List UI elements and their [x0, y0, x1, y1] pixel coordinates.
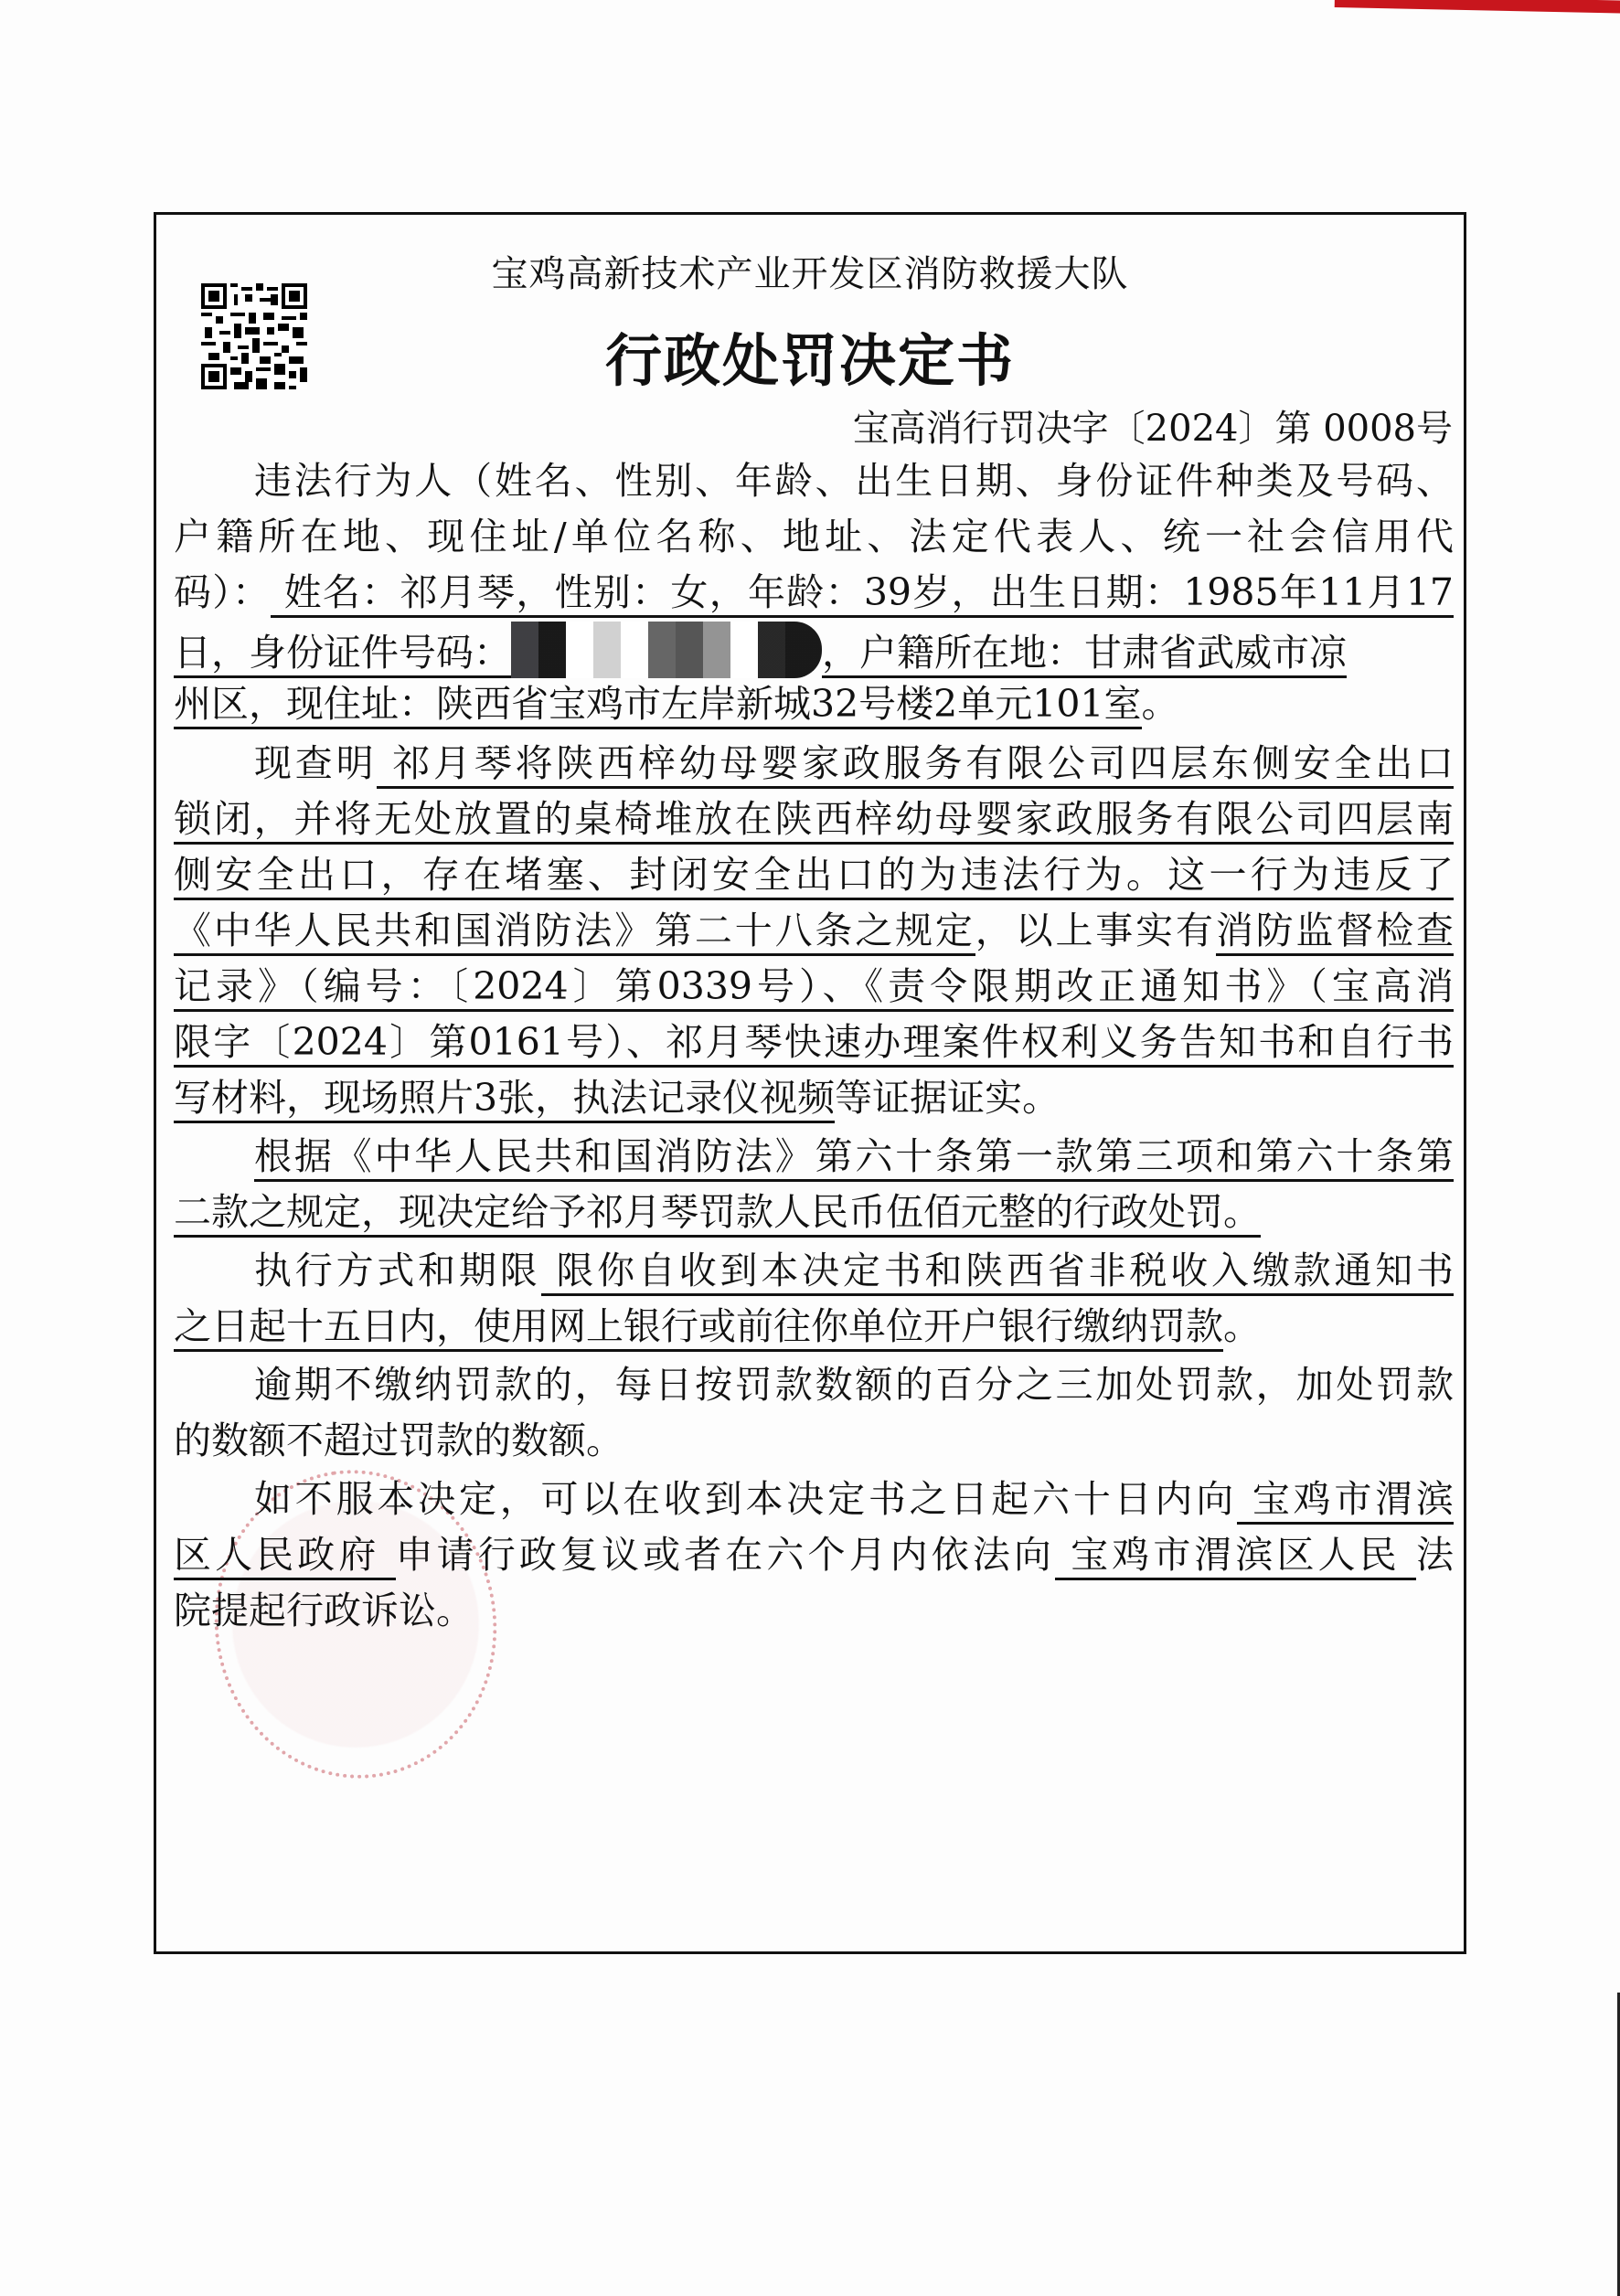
red-edge-strip [1335, 0, 1620, 14]
body-line: 州区，现住址：陕西省宝鸡市左岸新城32号楼2单元101室。 [174, 677, 1454, 733]
line-text: 院提起行政诉讼。 [174, 1589, 474, 1632]
payment-terms-underlined: 之日起十五日内，使用网上银行或前往你单位开户银行缴纳罚款 [174, 1304, 1223, 1352]
address-underlined: 州区，现住址：陕西省宝鸡市左岸新城32号楼2单元101室 [174, 682, 1142, 729]
review-authority-underlined: 宝鸡市渭滨 [1237, 1477, 1454, 1525]
line-text: 户籍所在地、现住址/单位名称、地址、法定代表人、统一社会信用代 [174, 515, 1454, 558]
body-line: 执行方式和期限 限你自收到本决定书和陕西省非税收入缴款通知书 [174, 1244, 1454, 1300]
line-text: 法 [1416, 1533, 1454, 1577]
document-number: 宝高消行罚决字〔2024〕第 0008号 [853, 399, 1453, 452]
facts-underlined: 侧安全出口，存在堵塞、封闭安全出口的为违法行为。这一行为违反了 [174, 853, 1454, 900]
line-text: ，以上事实有 [975, 909, 1216, 952]
evidence-underlined: 消防监督检查 [1216, 909, 1454, 956]
offender-info-underlined: 姓名：祁月琴，性别：女，年龄：39岁，出生日期：1985年11月17 [271, 570, 1454, 618]
body-line: 逾期不缴纳罚款的，每日按罚款数额的百分之三加处罚款，加处罚款 [174, 1358, 1454, 1414]
body-line: 日，身份证件号码：，户籍所在地：甘肃省武威市凉 [174, 622, 1454, 677]
body-line: 如不服本决定，可以在收到本决定书之日起六十日内向 宝鸡市渭滨 [174, 1472, 1454, 1528]
line-text: 的数额不超过罚款的数额。 [174, 1419, 623, 1462]
line-text: 现查明 [254, 741, 377, 785]
line-text: 申请行政复议或者在六个月内依法向 [396, 1533, 1055, 1577]
document-title: 行政处罚决定书 [0, 315, 1620, 397]
body-line: 码）： 姓名：祁月琴，性别：女，年龄：39岁，出生日期：1985年11月17 [174, 566, 1454, 622]
id-label-underlined: 日，身份证件号码： [174, 631, 511, 678]
evidence-underlined: 限字〔2024〕第0161号）、祁月琴快速办理案件权利义务告知书和自行书 [174, 1020, 1454, 1068]
issuing-organization: 宝鸡高新技术产业开发区消防救援大队 [0, 245, 1620, 297]
body-line: 现查明 祁月琴将陕西梓幼母婴家政服务有限公司四层东侧安全出口 [174, 737, 1454, 792]
facts-underlined: 祁月琴将陕西梓幼母婴家政服务有限公司四层东侧安全出口 [377, 741, 1454, 789]
body-line: 根据《中华人民共和国消防法》第六十条第一款第三项和第六十条第 [174, 1130, 1454, 1185]
evidence-underlined: 记录》（编号：〔2024〕第0339号）、《责令限期改正通知书》（宝高消 [174, 964, 1454, 1012]
body-line: 写材料，现场照片3张，执法记录仪视频等证据证实。 [174, 1071, 1454, 1127]
household-registration-underlined: ，户籍所在地：甘肃省武威市凉 [822, 631, 1347, 678]
line-text: 等证据证实。 [835, 1076, 1060, 1120]
line-text: 执行方式和期限 [254, 1249, 541, 1292]
payment-terms-underlined: 限你自收到本决定书和陕西省非税收入缴款通知书 [541, 1249, 1454, 1296]
penalty-decision-underlined: 二款之规定，现决定给予祁月琴罚款人民币伍佰元整的行政处罚。 [174, 1190, 1261, 1238]
body-line: 侧安全出口，存在堵塞、封闭安全出口的为违法行为。这一行为违反了 [174, 848, 1454, 904]
body-line: 户籍所在地、现住址/单位名称、地址、法定代表人、统一社会信用代 [174, 510, 1454, 566]
body-line: 区人民政府 申请行政复议或者在六个月内依法向 宝鸡市渭滨区人民 法 [174, 1528, 1454, 1584]
line-text: 。 [1223, 1304, 1261, 1348]
body-line: 违法行为人（姓名、性别、年龄、出生日期、身份证件种类及号码、 [174, 454, 1454, 510]
line-text: 码）： [174, 570, 271, 614]
redacted-id-number [511, 622, 822, 678]
body-line: 的数额不超过罚款的数额。 [174, 1414, 1454, 1470]
body-line: 记录》（编号：〔2024〕第0339号）、《责令限期改正通知书》（宝高消 [174, 960, 1454, 1015]
body-line: 锁闭，并将无处放置的桌椅堆放在陕西梓幼母婴家政服务有限公司四层南 [174, 792, 1454, 848]
line-text: 。 [1142, 682, 1179, 726]
body-line: 限字〔2024〕第0161号）、祁月琴快速办理案件权利义务告知书和自行书 [174, 1015, 1454, 1071]
evidence-underlined: 写材料，现场照片3张，执法记录仪视频 [174, 1076, 835, 1123]
line-text: 如不服本决定，可以在收到本决定书之日起六十日内向 [254, 1477, 1237, 1521]
body-line: 院提起行政诉讼。 [174, 1584, 1454, 1640]
penalty-basis-underlined: 根据《中华人民共和国消防法》第六十条第一款第三项和第六十条第 [254, 1134, 1454, 1182]
review-authority-underlined: 区人民政府 [174, 1533, 396, 1580]
body-line: 《中华人民共和国消防法》第二十八条之规定，以上事实有消防监督检查 [174, 904, 1454, 960]
body-line: 之日起十五日内，使用网上银行或前往你单位开户银行缴纳罚款。 [174, 1300, 1454, 1355]
line-text: 违法行为人（姓名、性别、年龄、出生日期、身份证件种类及号码、 [254, 459, 1454, 503]
body-line: 二款之规定，现决定给予祁月琴罚款人民币伍佰元整的行政处罚。 [174, 1185, 1454, 1241]
law-citation-underlined: 《中华人民共和国消防法》第二十八条之规定 [174, 909, 975, 956]
line-text: 逾期不缴纳罚款的，每日按罚款数额的百分之三加处罚款，加处罚款 [254, 1363, 1454, 1407]
court-underlined: 宝鸡市渭滨区人民 [1055, 1533, 1416, 1580]
facts-underlined: 锁闭，并将无处放置的桌椅堆放在陕西梓幼母婴家政服务有限公司四层南 [174, 797, 1454, 845]
